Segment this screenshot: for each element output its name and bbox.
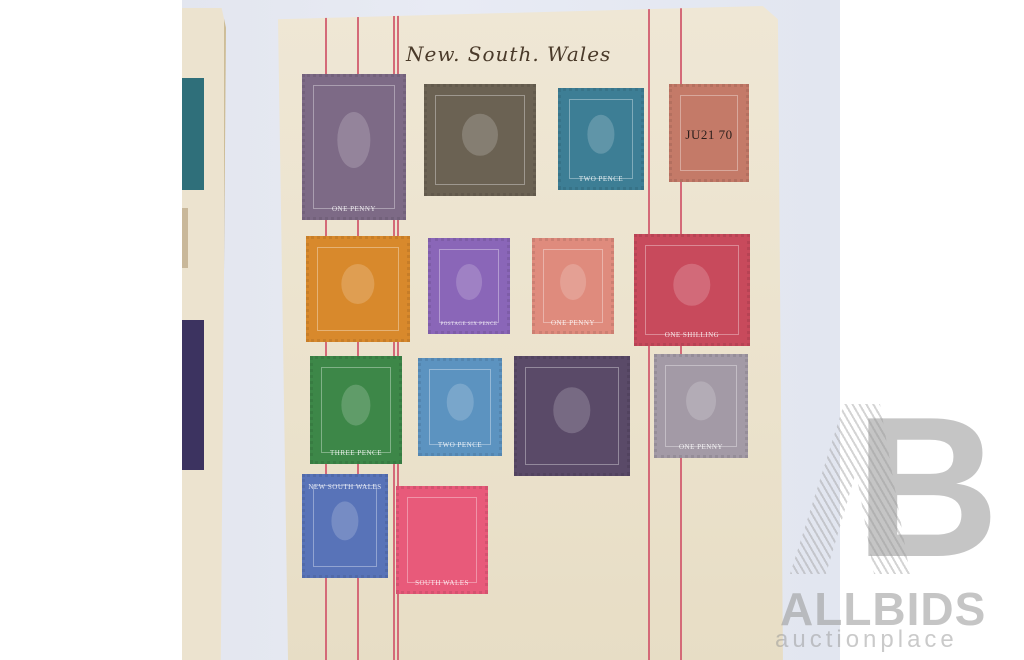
stamp [306,236,410,342]
stamp: NEW SOUTH WALES [302,474,388,578]
stamp: SOUTH WALES [396,486,488,594]
stamp: ONE SHILLING [634,234,750,346]
watermark-tagline: auctionplace [775,626,958,654]
stamp: ONE PENNY [302,74,406,220]
partial-stamp-faded [182,208,188,268]
stamp: POSTAGE SIX PENCE [428,238,510,334]
main-album-sheet: New. South. Wales ONE PENNY TWO PENCE JU… [278,6,783,660]
watermark-letter-b: B [855,398,999,578]
partial-stamp-purple [182,320,204,470]
partial-stamp-teal [182,78,204,190]
stamp: ONE PENNY [532,238,614,334]
page-heading: New. South. Wales [406,42,611,66]
stamp: TWO PENCE [418,358,502,456]
stamp [424,84,536,196]
left-album-sheet [182,8,226,660]
stamp: THREE PENCE [310,356,402,464]
stamp: JU21 70 [669,84,749,182]
stamp [514,356,630,476]
stamp: ONE PENNY [654,354,748,458]
stamp: TWO PENCE [558,88,644,190]
stamp-photo: New. South. Wales ONE PENNY TWO PENCE JU… [182,0,840,660]
